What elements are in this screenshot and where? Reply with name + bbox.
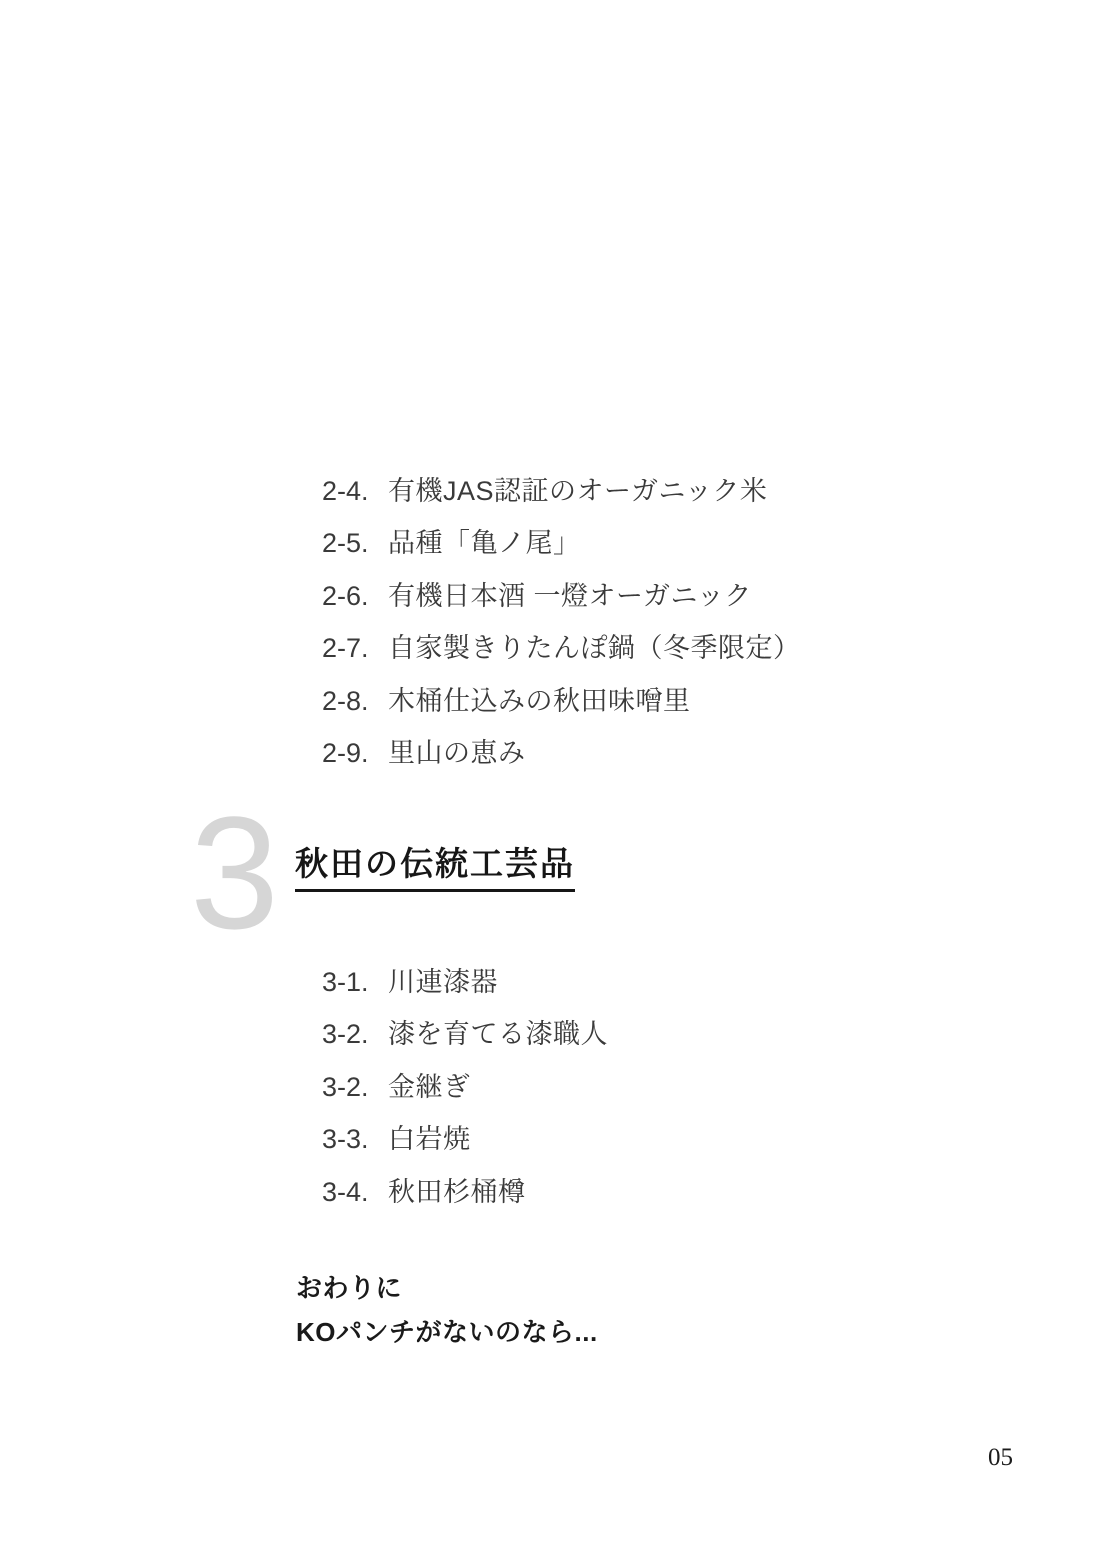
toc-item-label: 品種「亀ノ尾」 — [388, 529, 581, 557]
toc-item-label: 里山の恵み — [388, 739, 526, 767]
toc-item: 2-9. 里山の恵み — [322, 739, 801, 791]
toc-item-number: 3-2. — [322, 1073, 388, 1101]
document-page: 2-4. 有機JAS認証のオーガニック米 2-5. 品種「亀ノ尾」 2-6. 有… — [0, 0, 1093, 1554]
toc-item-label: 白岩焼 — [388, 1125, 471, 1153]
toc-item-label: 金継ぎ — [388, 1073, 471, 1101]
toc-item: 3-1. 川連漆器 — [322, 968, 608, 1020]
toc-item-number: 2-5. — [322, 529, 388, 557]
toc-item-label: 有機JAS認証のオーガニック米 — [388, 477, 767, 505]
toc-item-number: 3-3. — [322, 1125, 388, 1153]
chapter-number: 3 — [190, 793, 279, 953]
outro-line2: KOパンチがないのなら... — [296, 1310, 598, 1354]
chapter-title: 秋田の伝統工芸品 — [295, 838, 575, 892]
toc-item: 3-3. 白岩焼 — [322, 1125, 608, 1177]
toc-item: 2-7. 自家製きりたんぽ鍋（冬季限定） — [322, 634, 801, 686]
toc-item: 3-2. 金継ぎ — [322, 1073, 608, 1125]
toc-item: 2-4. 有機JAS認証のオーガニック米 — [322, 477, 801, 529]
toc-item-label: 川連漆器 — [388, 968, 498, 996]
outro-line1: おわりに — [296, 1266, 598, 1310]
toc-item-number: 2-6. — [322, 582, 388, 610]
toc-section-3-items: 3-1. 川連漆器 3-2. 漆を育てる漆職人 3-2. 金継ぎ 3-3. 白岩… — [322, 968, 608, 1230]
outro-block: おわりに KOパンチがないのなら... — [296, 1266, 598, 1354]
toc-item-number: 3-4. — [322, 1178, 388, 1206]
toc-item: 3-4. 秋田杉桶樽 — [322, 1178, 608, 1230]
toc-item: 2-6. 有機日本酒 一燈オーガニック — [322, 582, 801, 634]
toc-item: 2-5. 品種「亀ノ尾」 — [322, 529, 801, 581]
toc-section-2-items: 2-4. 有機JAS認証のオーガニック米 2-5. 品種「亀ノ尾」 2-6. 有… — [322, 477, 801, 791]
toc-item-number: 2-4. — [322, 477, 388, 505]
toc-item-number: 2-8. — [322, 687, 388, 715]
toc-item-number: 3-1. — [322, 968, 388, 996]
toc-item-label: 木桶仕込みの秋田味噌里 — [388, 687, 691, 715]
toc-item: 3-2. 漆を育てる漆職人 — [322, 1020, 608, 1072]
toc-item-label: 秋田杉桶樽 — [388, 1178, 526, 1206]
toc-item-number: 2-7. — [322, 634, 388, 662]
toc-item-label: 自家製きりたんぽ鍋（冬季限定） — [388, 634, 801, 662]
toc-item-number: 3-2. — [322, 1020, 388, 1048]
toc-item-number: 2-9. — [322, 739, 388, 767]
page-number: 05 — [988, 1444, 1013, 1472]
toc-item: 2-8. 木桶仕込みの秋田味噌里 — [322, 687, 801, 739]
toc-item-label: 漆を育てる漆職人 — [388, 1020, 608, 1048]
toc-item-label: 有機日本酒 一燈オーガニック — [388, 582, 752, 610]
